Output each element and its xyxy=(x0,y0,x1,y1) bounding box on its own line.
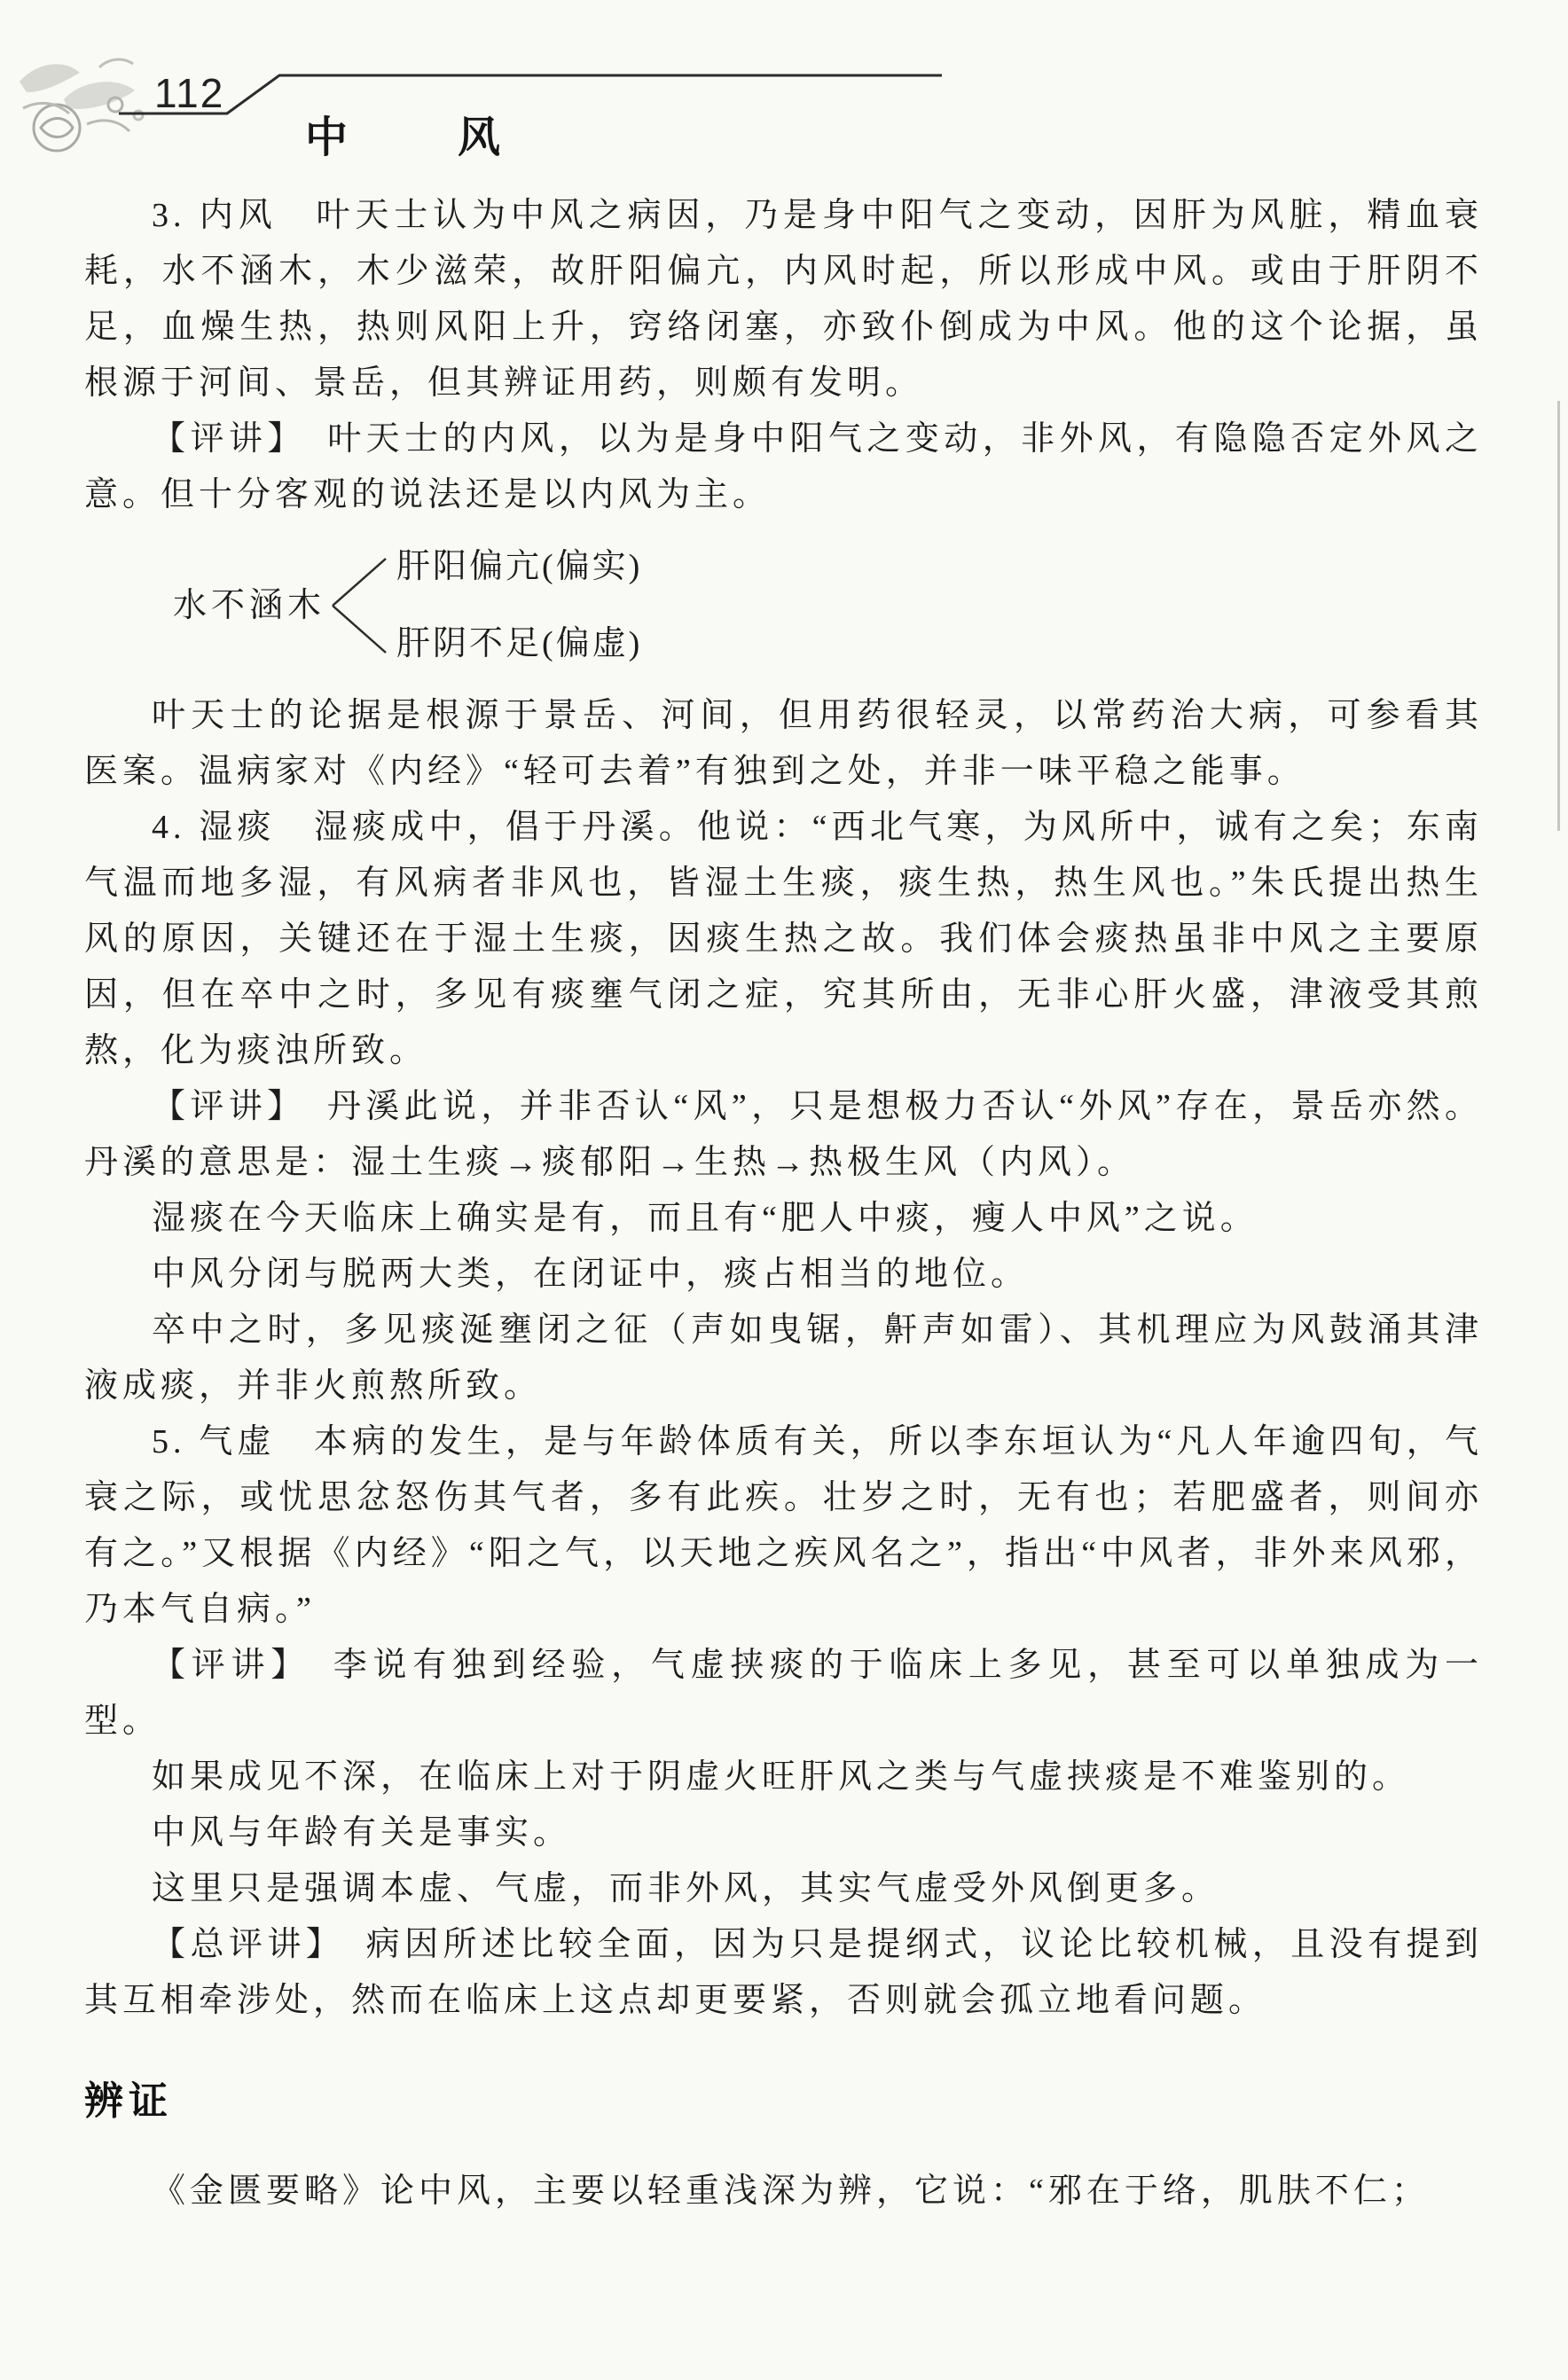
diagram-root-label: 水不涵木 xyxy=(173,578,325,634)
diagram-branch-liver-yang: 肝阳偏亢(偏实) xyxy=(396,539,642,595)
para-cuzhong: 卒中之时，多见痰涎壅闭之征（声如曳锯，鼾声如雷）、其机理应为风鼓涌其津液成痰，并… xyxy=(84,1303,1483,1414)
book-page: 112 中 风 3. 内风 叶天士认为中风之病因，乃是身中阳气之变动，因肝为风脏… xyxy=(0,0,1568,2380)
section-heading-bianzheng: 辨证 xyxy=(84,2079,1483,2125)
page-header: 112 中 风 xyxy=(0,0,1568,165)
para-zongpingjiang: 【总评讲】 病因所述比较全面，因为只是提纲式，议论比较机械，且没有提到其互相牵涉… xyxy=(84,1917,1483,2029)
para-shitan-clinic: 湿痰在今天临床上确实是有，而且有“肥人中痰，瘦人中风”之说。 xyxy=(84,1191,1483,1247)
para-qixu: 5. 气虚 本病的发生，是与年龄体质有关，所以李东垣认为“凡人年逾四旬，气衰之际… xyxy=(84,1414,1483,1638)
running-title: 中 风 xyxy=(305,103,500,164)
header-rule xyxy=(0,0,1568,165)
diagram-branches: 肝阳偏亢(偏实) 肝阴不足(偏虚) xyxy=(396,539,642,672)
main-text: 3. 内风 叶天士认为中风之病因，乃是身中阳气之变动，因肝为风脏，精血衰耗，水不… xyxy=(0,165,1568,2220)
para-neifeng: 3. 内风 叶天士认为中风之病因，乃是身中阳气之变动，因肝为风脏，精血衰耗，水不… xyxy=(84,188,1483,411)
para-jingui-yaolue: 《金匮要略》论中风，主要以轻重浅深为辨，它说：“邪在于络，肌肤不仁； xyxy=(84,2164,1483,2220)
para-age-fact: 中风与年龄有关是事实。 xyxy=(84,1805,1483,1861)
para-shitan: 4. 湿痰 湿痰成中，倡于丹溪。他说：“西北气寒，为风所中，诚有之矣；东南气温而… xyxy=(84,800,1483,1079)
running-title-char-left: 中 xyxy=(305,103,348,164)
para-pingjiang-neifeng: 【评讲】 叶天士的内风，以为是身中阳气之变动，非外风，有隐隐否定外风之意。但十分… xyxy=(84,411,1483,523)
diagram-branch-lines xyxy=(331,539,391,672)
para-yetianshi-basis: 叶天士的论据是根源于景岳、河间，但用药很轻灵，以常药治大病，可参看其医案。温病家… xyxy=(84,688,1483,800)
para-jianbie: 如果成见不深，在临床上对于阴虚火旺肝风之类与气虚挟痰是不难鉴别的。 xyxy=(84,1750,1483,1805)
diagram-branch-liver-yin: 肝阴不足(偏虚) xyxy=(396,616,642,672)
para-pingjiang-lishuo: 【评讲】 李说有独到经验，气虚挟痰的于临床上多见，甚至可以单独成为一型。 xyxy=(84,1638,1483,1750)
diagram-water-not-nourishing-wood: 水不涵木 肝阳偏亢(偏实) 肝阴不足(偏虚) xyxy=(173,536,1483,676)
running-title-char-right: 风 xyxy=(458,103,500,164)
para-benxu-qixu: 这里只是强调本虚、气虚，而非外风，其实气虚受外风倒更多。 xyxy=(84,1861,1483,1917)
scan-artifact-line xyxy=(1557,401,1560,831)
para-pingjiang-danxi: 【评讲】 丹溪此说，并非否认“风”，只是想极力否认“外风”存在，景岳亦然。丹溪的… xyxy=(84,1079,1483,1191)
page-number: 112 xyxy=(154,69,224,117)
para-bi-tuo: 中风分闭与脱两大类，在闭证中，痰占相当的地位。 xyxy=(84,1247,1483,1303)
